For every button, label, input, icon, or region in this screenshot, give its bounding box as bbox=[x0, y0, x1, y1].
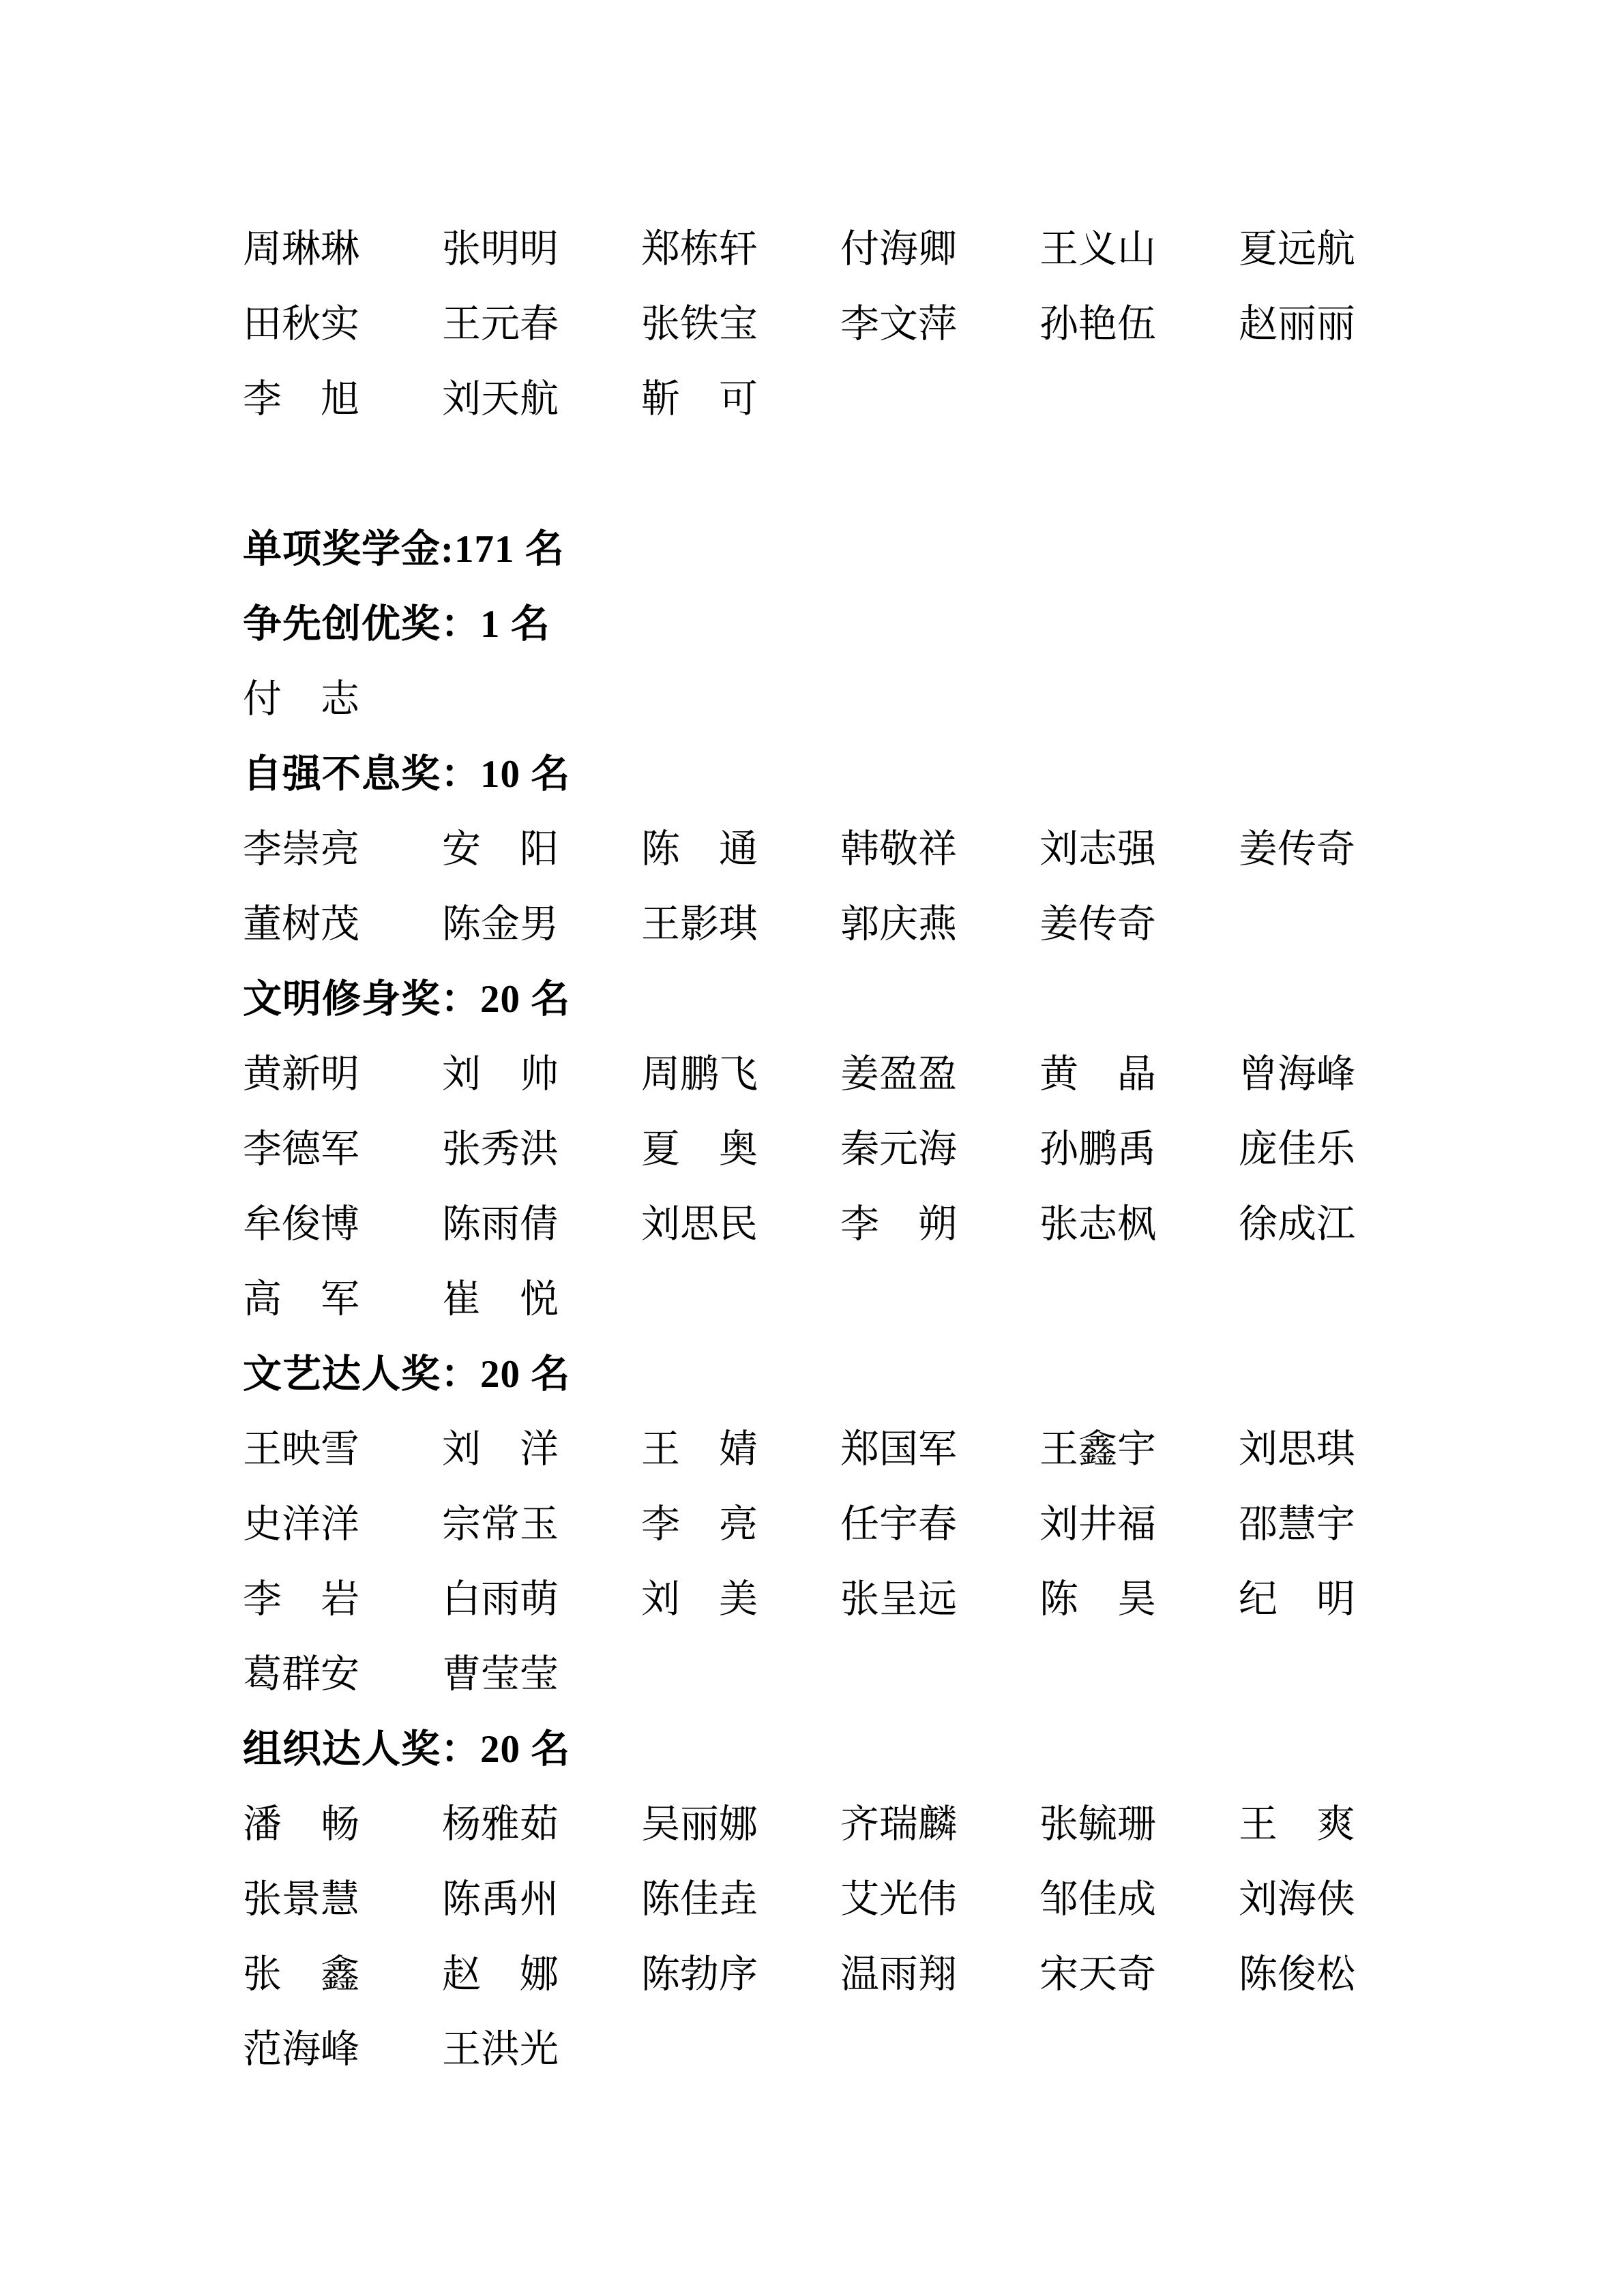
person-name: 李文萍 bbox=[840, 287, 1039, 362]
person-name: 李 朔 bbox=[840, 1187, 1039, 1262]
section-heading: 文明修身奖：20 名 bbox=[243, 962, 570, 1037]
person-name: 任宇春 bbox=[840, 1487, 1039, 1562]
person-name: 李 亮 bbox=[641, 1487, 840, 1562]
person-name: 刘志强 bbox=[1039, 812, 1239, 887]
person-name: 郑国军 bbox=[840, 1412, 1039, 1487]
section-heading-line: 争先创优奖：1 名 bbox=[243, 587, 1539, 662]
section-heading: 文艺达人奖：20 名 bbox=[243, 1337, 570, 1412]
section-heading-line: 文艺达人奖：20 名 bbox=[243, 1337, 1539, 1412]
person-name: 齐瑞麟 bbox=[840, 1787, 1039, 1862]
names-line: 史洋洋宗常玉李 亮任宇春刘井福邵慧宇 bbox=[243, 1487, 1539, 1562]
person-name: 吴丽娜 bbox=[641, 1787, 840, 1862]
person-name: 李 岩 bbox=[243, 1562, 442, 1637]
person-name: 李德军 bbox=[243, 1112, 442, 1187]
person-name: 王映雪 bbox=[243, 1412, 442, 1487]
names-line: 王映雪刘 洋王 婧郑国军王鑫宇刘思琪 bbox=[243, 1412, 1539, 1487]
person-name: 黄 晶 bbox=[1039, 1037, 1239, 1112]
person-name: 李 旭 bbox=[243, 362, 442, 437]
person-name: 付 志 bbox=[243, 662, 359, 737]
names-line: 潘 畅杨雅茹吴丽娜齐瑞麟张毓珊王 爽 bbox=[243, 1787, 1539, 1862]
person-name: 周琳琳 bbox=[243, 212, 442, 287]
person-name: 夏远航 bbox=[1239, 212, 1355, 287]
names-line: 田秋实王元春张铁宝李文萍孙艳伍赵丽丽 bbox=[243, 287, 1539, 362]
person-name: 李崇亮 bbox=[243, 812, 442, 887]
person-name: 王元春 bbox=[442, 287, 641, 362]
person-name: 陈佳垚 bbox=[641, 1862, 840, 1937]
person-name: 王洪光 bbox=[442, 2012, 559, 2087]
person-name: 张景慧 bbox=[243, 1862, 442, 1937]
person-name: 陈金男 bbox=[442, 887, 641, 962]
person-name: 周鹏飞 bbox=[641, 1037, 840, 1112]
person-name: 刘思琪 bbox=[1239, 1412, 1355, 1487]
person-name: 王鑫宇 bbox=[1039, 1412, 1239, 1487]
person-name: 郑栋轩 bbox=[641, 212, 840, 287]
person-name: 赵 娜 bbox=[442, 1937, 641, 2012]
person-name: 赵丽丽 bbox=[1239, 287, 1355, 362]
person-name: 刘天航 bbox=[442, 362, 641, 437]
person-name: 刘海侠 bbox=[1239, 1862, 1355, 1937]
person-name: 韩敬祥 bbox=[840, 812, 1039, 887]
person-name: 史洋洋 bbox=[243, 1487, 442, 1562]
person-name: 张 鑫 bbox=[243, 1937, 442, 2012]
person-name: 邵慧宇 bbox=[1239, 1487, 1355, 1562]
names-line: 李德军张秀洪夏 奥秦元海孙鹏禹庞佳乐 bbox=[243, 1112, 1539, 1187]
person-name: 崔 悦 bbox=[442, 1262, 559, 1337]
person-name: 王 婧 bbox=[641, 1412, 840, 1487]
section-heading-line: 文明修身奖：20 名 bbox=[243, 962, 1539, 1037]
person-name: 陈 昊 bbox=[1039, 1562, 1239, 1637]
names-line: 范海峰王洪光 bbox=[243, 2012, 1539, 2087]
section-heading: 单项奖学金:171 名 bbox=[243, 512, 565, 587]
document-page: 周琳琳张明明郑栋轩付海卿王义山夏远航田秋实王元春张铁宝李文萍孙艳伍赵丽丽李 旭刘… bbox=[0, 0, 1624, 2296]
person-name: 宗常玉 bbox=[442, 1487, 641, 1562]
person-name: 刘井福 bbox=[1039, 1487, 1239, 1562]
blank-line bbox=[243, 437, 1539, 512]
section-heading: 自强不息奖：10 名 bbox=[243, 737, 570, 812]
person-name: 郭庆燕 bbox=[840, 887, 1039, 962]
person-name: 邹佳成 bbox=[1039, 1862, 1239, 1937]
person-name: 张秀洪 bbox=[442, 1112, 641, 1187]
person-name: 曾海峰 bbox=[1239, 1037, 1355, 1112]
section-heading: 争先创优奖：1 名 bbox=[243, 587, 550, 662]
person-name: 张毓珊 bbox=[1039, 1787, 1239, 1862]
person-name: 王义山 bbox=[1039, 212, 1239, 287]
person-name: 姜传奇 bbox=[1039, 887, 1156, 962]
person-name: 刘 帅 bbox=[442, 1037, 641, 1112]
document-content: 周琳琳张明明郑栋轩付海卿王义山夏远航田秋实王元春张铁宝李文萍孙艳伍赵丽丽李 旭刘… bbox=[243, 212, 1539, 2087]
names-line: 高 军崔 悦 bbox=[243, 1262, 1539, 1337]
person-name: 张志枫 bbox=[1039, 1187, 1239, 1262]
person-name: 付海卿 bbox=[840, 212, 1039, 287]
section-heading-line: 自强不息奖：10 名 bbox=[243, 737, 1539, 812]
person-name: 温雨翔 bbox=[840, 1937, 1039, 2012]
person-name: 白雨萌 bbox=[442, 1562, 641, 1637]
names-line: 付 志 bbox=[243, 662, 1539, 737]
names-line: 黄新明刘 帅周鹏飞姜盈盈黄 晶曾海峰 bbox=[243, 1037, 1539, 1112]
person-name: 庞佳乐 bbox=[1239, 1112, 1355, 1187]
names-line: 张 鑫赵 娜陈勃序温雨翔宋天奇陈俊松 bbox=[243, 1937, 1539, 2012]
person-name: 陈俊松 bbox=[1239, 1937, 1355, 2012]
person-name: 纪 明 bbox=[1239, 1562, 1355, 1637]
person-name: 董树茂 bbox=[243, 887, 442, 962]
names-line: 李 岩白雨萌刘 美张呈远陈 昊纪 明 bbox=[243, 1562, 1539, 1637]
section-heading-line: 组织达人奖：20 名 bbox=[243, 1712, 1539, 1787]
names-line: 董树茂陈金男王影琪郭庆燕姜传奇 bbox=[243, 887, 1539, 962]
person-name: 曹莹莹 bbox=[442, 1637, 559, 1712]
person-name: 姜传奇 bbox=[1239, 812, 1355, 887]
person-name: 宋天奇 bbox=[1039, 1937, 1239, 2012]
person-name: 张呈远 bbox=[840, 1562, 1039, 1637]
person-name: 刘 洋 bbox=[442, 1412, 641, 1487]
person-name: 王 爽 bbox=[1239, 1787, 1355, 1862]
person-name: 刘 美 bbox=[641, 1562, 840, 1637]
names-line: 李 旭刘天航靳 可 bbox=[243, 362, 1539, 437]
names-line: 葛群安曹莹莹 bbox=[243, 1637, 1539, 1712]
person-name: 张铁宝 bbox=[641, 287, 840, 362]
person-name: 靳 可 bbox=[641, 362, 758, 437]
person-name: 姜盈盈 bbox=[840, 1037, 1039, 1112]
person-name: 孙鹏禹 bbox=[1039, 1112, 1239, 1187]
person-name: 潘 畅 bbox=[243, 1787, 442, 1862]
person-name: 徐成江 bbox=[1239, 1187, 1355, 1262]
names-line: 张景慧陈禹州陈佳垚艾光伟邹佳成刘海侠 bbox=[243, 1862, 1539, 1937]
person-name: 高 军 bbox=[243, 1262, 442, 1337]
person-name: 艾光伟 bbox=[840, 1862, 1039, 1937]
person-name: 孙艳伍 bbox=[1039, 287, 1239, 362]
person-name: 范海峰 bbox=[243, 2012, 442, 2087]
names-line: 周琳琳张明明郑栋轩付海卿王义山夏远航 bbox=[243, 212, 1539, 287]
person-name: 黄新明 bbox=[243, 1037, 442, 1112]
person-name: 葛群安 bbox=[243, 1637, 442, 1712]
person-name: 秦元海 bbox=[840, 1112, 1039, 1187]
person-name: 刘思民 bbox=[641, 1187, 840, 1262]
person-name: 夏 奥 bbox=[641, 1112, 840, 1187]
person-name: 王影琪 bbox=[641, 887, 840, 962]
person-name: 田秋实 bbox=[243, 287, 442, 362]
names-line: 李崇亮安 阳陈 通韩敬祥刘志强姜传奇 bbox=[243, 812, 1539, 887]
person-name: 陈雨倩 bbox=[442, 1187, 641, 1262]
section-heading-line: 单项奖学金:171 名 bbox=[243, 512, 1539, 587]
person-name: 张明明 bbox=[442, 212, 641, 287]
person-name: 陈禹州 bbox=[442, 1862, 641, 1937]
person-name: 杨雅茹 bbox=[442, 1787, 641, 1862]
names-line: 牟俊博陈雨倩刘思民李 朔张志枫徐成江 bbox=[243, 1187, 1539, 1262]
person-name: 安 阳 bbox=[442, 812, 641, 887]
person-name: 牟俊博 bbox=[243, 1187, 442, 1262]
person-name: 陈 通 bbox=[641, 812, 840, 887]
section-heading: 组织达人奖：20 名 bbox=[243, 1712, 570, 1787]
person-name: 陈勃序 bbox=[641, 1937, 840, 2012]
